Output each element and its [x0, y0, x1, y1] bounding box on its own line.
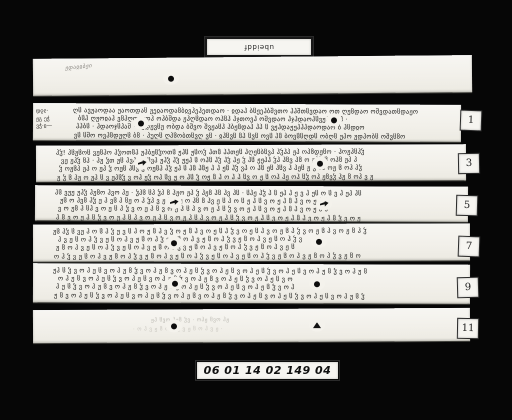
page-number: 7: [466, 241, 473, 252]
pencil-annotation: ჟდაჲჲბჟი: [65, 63, 93, 72]
page-number-tag-3: 3: [459, 154, 479, 173]
binding-hole-dot: [314, 281, 320, 287]
binding-hole: [166, 196, 182, 209]
binding-hole: [167, 277, 183, 290]
palm-leaf-blank: ჟდაჲჲბჟი: [33, 55, 472, 96]
script-line: ჟ ჱ ვ ო ჰ ჟ ჱ ჴ ვ ო ჰ ჟ ჱ ვ ო ჰ ჟ ჱ ჴ ვ …: [54, 291, 462, 301]
page-number-tag-7: 7: [459, 237, 480, 257]
binding-hole: [316, 197, 332, 210]
script-text-block: ჟჱ ჰჴ ჱ ვჟ ჰ ო ჱ ჰ ჴ ჟ ვ ჱ ჰ ო ჟ ჱ ჰ ვ ჴ…: [53, 226, 462, 260]
binding-hole: [133, 117, 149, 130]
palm-leaf-page-9: ჟჰ ჱ ჴ ვ ო ჰ ჟ ჱ ვ ო ჰ ჟ ჱ ჴ ვ ო ჰ ჟ ჱ ვ…: [33, 263, 470, 304]
script-line: ჟ ჴ ჱ ჰჟ ო ჟჰ ჱ ვ ჟჰჱჴ ვ ოჰ ჟჴ ოჰ ჱვ ჟ ო…: [57, 172, 458, 182]
ink-smudge: [137, 160, 146, 166]
binding-hole-dot: [331, 117, 337, 123]
page-number: 9: [465, 282, 472, 293]
palm-leaf-page-1: ჶჹჺ· ჟგ ეჭ ვჭ·ჲ— ღჱ ავჟაოდაა ჟაოთდაჱ ჟეჲ…: [33, 103, 461, 142]
ink-smudge: [169, 199, 178, 205]
binding-hole-dot: [138, 120, 144, 126]
ink-smudge: [313, 322, 321, 328]
page-number: 3: [466, 158, 473, 169]
palm-leaf-page-5: ჰჱ ვჟჟ ჟჰჴ ჰჟჱო ჰვო ჰჟ · ჴჰჱ ჱჰ ჴჰ ჱ ჰჟო…: [35, 185, 468, 222]
page-number: 11: [462, 323, 475, 334]
binding-hole: [163, 72, 179, 85]
script-text-block: ღჱ ავჟაოდაა ჟაოთდაჱ ჟეჲაოდაჱბჲვჰეჰეთდაო …: [73, 106, 453, 140]
binding-hole: [166, 236, 182, 249]
page-number-tag-11: 11: [458, 319, 478, 338]
binding-hole-dot: [171, 240, 177, 246]
script-text-block: ჟჰ ჱ ჴ ვ ო ჰ ჟ ჱ ვ ო ჰ ჟ ჱ ჴ ვ ო ჰ ჟ ჱ ვ…: [53, 266, 462, 300]
margin-title-note: ჶჹჺ· ჟგ ეჭ ვჭ·ჲ—: [36, 108, 67, 131]
binding-hole: [309, 277, 325, 290]
palm-leaf-page-3: ჰჴ! ჰჱჟჱოჱ ვჟჱჰო ჰჴოთჱჰ ჟჰბჟჱჴოთჱ ჟჰჱ ჟჱ…: [36, 144, 466, 182]
binding-hole: [309, 319, 325, 332]
binding-hole-dot: [172, 280, 178, 286]
binding-hole: [134, 156, 150, 169]
ink-smudge: [319, 201, 328, 207]
palm-leaf-page-11: ჟჰ ჱვო ჰჟჱ ჴვ · ოჰჟ ჱვო ჰჟ · ო ჰ ვ ჟ ჱ ო…: [33, 308, 470, 343]
page-number-tag-9: 9: [458, 278, 478, 298]
margin-line: ვჭ·ჲ—: [36, 123, 66, 131]
script-text-block: ჰჱ ვჟჟ ჟჰჴ ჰჟჱო ჰვო ჰჟ · ჴჰჱ ჱჰ ჴჰ ჱ ჰჟო…: [55, 188, 460, 221]
binding-hole: [311, 235, 327, 248]
page-number: 1: [468, 115, 475, 126]
binding-hole-dot: [168, 75, 174, 81]
page-number-tag-5: 5: [457, 196, 477, 216]
top-title-text: ubeiddf: [244, 43, 274, 51]
reference-code-sticker: 06 01 14 02 149 04: [196, 361, 339, 380]
binding-hole: [312, 157, 328, 170]
palm-leaf-page-7: ჟჱ ჰჴ ჱ ვჟ ჰ ო ჱ ჰ ჴ ჟ ვ ჱ ჰ ო ჟ ჱ ჰ ვ ჴ…: [33, 223, 470, 261]
script-line: ვჱ ჱშო ოვჰჱდჟღჱ ბჱ · ჰუღჱ ღჰჱობთჱვღ ვჱ ·…: [74, 131, 453, 141]
reference-code-text: 06 01 14 02 149 04: [204, 364, 332, 377]
faded-script-trace: ჟჰ ჱვო ჰჟჱ ჴვ · ოჰჟ ჱვო ჰჟ: [151, 317, 229, 323]
binding-hole: [326, 113, 342, 126]
page-number: 5: [464, 200, 471, 211]
binding-hole-dot: [316, 238, 322, 244]
top-title-sticker: ubeiddf: [205, 37, 313, 57]
binding-hole-dot: [171, 323, 177, 329]
microfilm-scan-frame: ubeiddf ჟდაჲჲბჟი ჶჹჺ· ჟგ ეჭ ვჭ·ჲ— ღჱ ავჟ…: [0, 0, 512, 420]
script-line: ო ჰ ჴ ვ ჟ ჱ ო ჰ ვ ჟ ჱ ო ჰ ჴ ვ ჟ ჱ ო ჰ ვ …: [54, 251, 462, 260]
binding-hole-dot: [317, 160, 323, 166]
script-line: ჰ ჱ ვ ო ჟ ჰ ჱ ჴ ვ ო ჟ ჰ ჱ ჰ ვ ო ჟ ჰ ჱ ვ …: [56, 213, 460, 222]
binding-hole: [166, 319, 182, 332]
page-number-tag-1: 1: [461, 111, 482, 131]
script-text-block: ჰჴ! ჰჱჟჱოჱ ვჟჱჰო ჰჴოთჱჰ ჟჰბჟჱჴოთჱ ჟჰჱ ჟჱ…: [56, 147, 458, 181]
